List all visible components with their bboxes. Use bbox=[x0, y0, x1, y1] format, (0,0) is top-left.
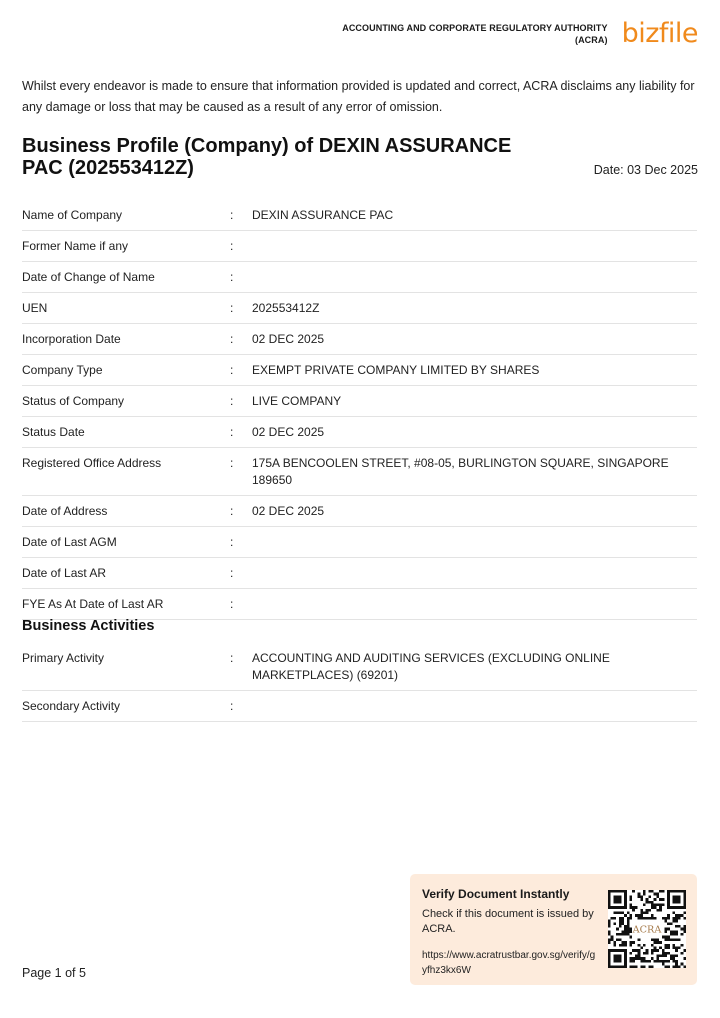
verify-url-link[interactable]: https://www.acratrustbar.gov.sg/verify/g… bbox=[422, 948, 600, 978]
business-activities-heading: Business Activities bbox=[22, 618, 154, 634]
row-colon: : bbox=[230, 596, 252, 613]
table-row: Status of Company:LIVE COMPANY bbox=[22, 386, 697, 417]
row-colon: : bbox=[230, 424, 252, 441]
row-colon: : bbox=[230, 331, 252, 348]
table-row: Company Type:EXEMPT PRIVATE COMPANY LIMI… bbox=[22, 355, 697, 386]
row-colon: : bbox=[230, 455, 252, 472]
row-label: Date of Address bbox=[22, 503, 230, 520]
row-value: EXEMPT PRIVATE COMPANY LIMITED BY SHARES bbox=[252, 362, 697, 379]
row-colon: : bbox=[230, 698, 252, 715]
row-colon: : bbox=[230, 503, 252, 520]
table-row: Status Date:02 DEC 2025 bbox=[22, 417, 697, 448]
row-value: 02 DEC 2025 bbox=[252, 503, 697, 520]
authority-line2: (ACRA) bbox=[342, 34, 607, 46]
qr-code-icon[interactable]: ACRA bbox=[608, 890, 686, 968]
row-label: Date of Last AR bbox=[22, 565, 230, 582]
table-row: FYE As At Date of Last AR: bbox=[22, 589, 697, 620]
row-label: Former Name if any bbox=[22, 238, 230, 255]
page-header: ACCOUNTING AND CORPORATE REGULATORY AUTH… bbox=[342, 20, 698, 48]
table-row: Secondary Activity: bbox=[22, 691, 697, 722]
table-row: Incorporation Date:02 DEC 2025 bbox=[22, 324, 697, 355]
row-label: Status Date bbox=[22, 424, 230, 441]
table-row: Former Name if any: bbox=[22, 231, 697, 262]
page-title: Business Profile (Company) of DEXIN ASSU… bbox=[22, 135, 542, 179]
row-value: 02 DEC 2025 bbox=[252, 331, 697, 348]
document-date: Date: 03 Dec 2025 bbox=[594, 163, 698, 177]
table-row: UEN:202553412Z bbox=[22, 293, 697, 324]
row-colon: : bbox=[230, 362, 252, 379]
title-row: Business Profile (Company) of DEXIN ASSU… bbox=[22, 135, 698, 179]
table-row: Primary Activity:ACCOUNTING AND AUDITING… bbox=[22, 643, 697, 691]
row-label: Date of Last AGM bbox=[22, 534, 230, 551]
row-colon: : bbox=[230, 238, 252, 255]
table-row: Registered Office Address:175A BENCOOLEN… bbox=[22, 448, 697, 496]
business-activities-table: Primary Activity:ACCOUNTING AND AUDITING… bbox=[22, 643, 697, 722]
row-label: Registered Office Address bbox=[22, 455, 230, 472]
row-value: DEXIN ASSURANCE PAC bbox=[252, 207, 697, 224]
row-colon: : bbox=[230, 650, 252, 667]
row-colon: : bbox=[230, 534, 252, 551]
row-label: Name of Company bbox=[22, 207, 230, 224]
row-colon: : bbox=[230, 269, 252, 286]
authority-name: ACCOUNTING AND CORPORATE REGULATORY AUTH… bbox=[342, 22, 607, 46]
table-row: Date of Change of Name: bbox=[22, 262, 697, 293]
bizfile-logo: bizfile bbox=[622, 20, 698, 48]
row-label: Date of Change of Name bbox=[22, 269, 230, 286]
table-row: Date of Last AGM: bbox=[22, 527, 697, 558]
company-details-table: Name of Company:DEXIN ASSURANCE PACForme… bbox=[22, 200, 697, 620]
row-value: ACCOUNTING AND AUDITING SERVICES (EXCLUD… bbox=[252, 650, 697, 684]
svg-text:ACRA: ACRA bbox=[632, 924, 663, 935]
row-value: 202553412Z bbox=[252, 300, 697, 317]
row-label: Secondary Activity bbox=[22, 698, 230, 715]
table-row: Name of Company:DEXIN ASSURANCE PAC bbox=[22, 200, 697, 231]
row-label: Primary Activity bbox=[22, 650, 230, 667]
row-colon: : bbox=[230, 300, 252, 317]
disclaimer-text: Whilst every endeavor is made to ensure … bbox=[22, 76, 698, 118]
verify-document-box: Verify Document Instantly Check if this … bbox=[410, 874, 697, 985]
row-value: LIVE COMPANY bbox=[252, 393, 697, 410]
row-label: Incorporation Date bbox=[22, 331, 230, 348]
table-row: Date of Last AR: bbox=[22, 558, 697, 589]
row-value: 175A BENCOOLEN STREET, #08-05, BURLINGTO… bbox=[252, 455, 697, 489]
row-label: Company Type bbox=[22, 362, 230, 379]
row-label: FYE As At Date of Last AR bbox=[22, 596, 230, 613]
page-number: Page 1 of 5 bbox=[22, 966, 86, 980]
row-colon: : bbox=[230, 207, 252, 224]
authority-line1: ACCOUNTING AND CORPORATE REGULATORY AUTH… bbox=[342, 22, 607, 34]
row-label: Status of Company bbox=[22, 393, 230, 410]
row-label: UEN bbox=[22, 300, 230, 317]
row-colon: : bbox=[230, 393, 252, 410]
row-colon: : bbox=[230, 565, 252, 582]
row-value: 02 DEC 2025 bbox=[252, 424, 697, 441]
verify-title: Verify Document Instantly bbox=[422, 887, 569, 901]
verify-description: Check if this document is issued by ACRA… bbox=[422, 907, 602, 937]
table-row: Date of Address:02 DEC 2025 bbox=[22, 496, 697, 527]
